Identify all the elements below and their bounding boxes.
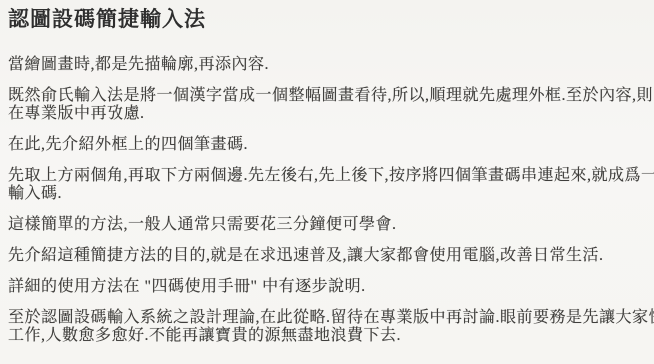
page-title: 認圖設碼簡捷輸入法 [8,6,646,32]
paragraph-line: 輸入碼. [8,185,646,203]
paragraph-line: 在此,先介紹外框上的四個筆畫碼. [8,136,646,154]
paragraph-line: 既然俞氏輸入法是將一個漢字當成一個整幅圖畫看待,所以,順理就先處理外框.至於內容… [8,87,646,105]
paragraph-3: 在此,先介紹外框上的四個筆畫碼. [8,136,646,154]
paragraph-2: 既然俞氏輸入法是將一個漢字當成一個整幅圖畫看待,所以,順理就先處理外框.至於內容… [8,87,646,123]
paragraph-line: 詳細的使用方法在 "四碼使用手冊" 中有逐步說明. [8,278,646,296]
paragraph-line: 先取上方兩個角,再取下方兩個邊.先左後右,先上後下,按序將四個筆畫碼串連起來,就… [8,167,646,185]
paragraph-line: 先介紹這種簡捷方法的目的,就是在求迅速普及,讓大家都會使用電腦,改善日常生活. [8,247,646,265]
paragraph-line: 當繪圖畫時,都是先描輪廓,再添內容. [8,56,646,74]
document-page: 認圖設碼簡捷輸入法 當繪圖畫時,都是先描輪廓,再添內容. 既然俞氏輸入法是將一個… [0,0,654,364]
paragraph-line: 這樣簡單的方法,一般人通常只需要花三分鐘便可學會. [8,216,646,234]
paragraph-8: 至於認圖設碼輸入系統之設計理論,在此從略.留待在專業版中再討論.眼前要務是先讓大… [8,309,646,345]
paragraph-line: 在專業版中再攷慮. [8,105,646,123]
paragraph-5: 這樣簡單的方法,一般人通常只需要花三分鐘便可學會. [8,216,646,234]
paragraph-4: 先取上方兩個角,再取下方兩個邊.先左後右,先上後下,按序將四個筆畫碼串連起來,就… [8,167,646,203]
paragraph-7: 詳細的使用方法在 "四碼使用手冊" 中有逐步說明. [8,278,646,296]
paragraph-line: 工作,人數愈多愈好.不能再讓寶貴的源無盡地浪費下去. [8,327,646,345]
paragraph-line: 至於認圖設碼輸入系統之設計理論,在此從略.留待在專業版中再討論.眼前要務是先讓大… [8,309,646,327]
paragraph-1: 當繪圖畫時,都是先描輪廓,再添內容. [8,56,646,74]
paragraph-6: 先介紹這種簡捷方法的目的,就是在求迅速普及,讓大家都會使用電腦,改善日常生活. [8,247,646,265]
